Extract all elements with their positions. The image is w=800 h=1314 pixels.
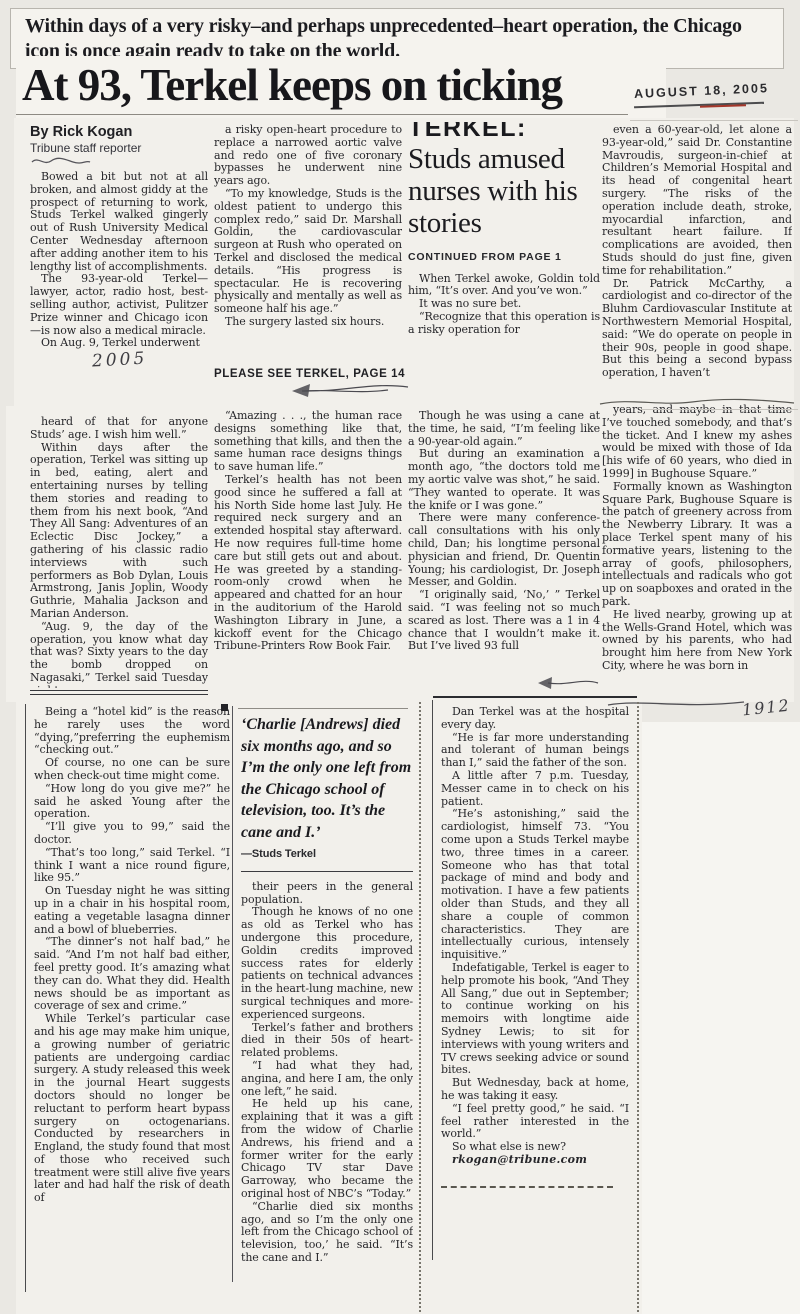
article-paragraph: “Charlie died six months ago, and so I’m… [241,1201,413,1265]
newspaper-clipping-scan: Within days of a very risky–and perhaps … [0,0,800,1314]
perforation-dots-left [419,702,421,1312]
author-email: rkogan@tribune.com [441,1154,629,1167]
handwritten-year-1912: 1912 [741,696,791,720]
scan-line-bottom [640,409,798,410]
handwritten-arrow-icon [268,380,410,402]
article-paragraph: a risky open-heart procedure to replace … [214,124,402,188]
article-paragraph: He lived nearby, growing up at the Wells… [602,609,792,673]
pullquote-top-edge [238,708,408,709]
jump-deck-headline: Studs amused nurses with his stories [408,143,600,239]
bottom-left-vertical-rule [25,704,26,1292]
pull-quote: ‘Charlie [Andrews] died six months ago, … [241,714,413,843]
article-column-mid-3: Though he was using a cane at the time, … [408,410,600,692]
article-paragraph: Dr. Patrick McCarthy, a cardiologist and… [602,278,792,380]
article-paragraph: The 93-year-old Terkel—lawyer, actor, ra… [30,273,208,337]
handwritten-year-2005: 2005 [92,349,148,372]
article-column-mid-1: heard of that for anyone Studs’ age. I w… [30,416,208,688]
article-paragraph: But during an examination a month ago, “… [408,448,600,512]
handwritten-arrow-small-icon [534,675,600,691]
continued-from-line: CONTINUED FROM PAGE 1 [408,251,600,264]
bottom-col2-text: their peers in the general population.Th… [241,881,413,1265]
article-paragraph: A little after 7 p.m. Tuesday, Messer ca… [441,770,629,808]
col1-col2-vertical-rule [232,706,233,1282]
article-paragraph: even a 60-year-old, let alone a 93-year-… [602,124,792,278]
main-headline: At 93, Terkel keeps on ticking [16,56,666,118]
jumpline: PLEASE SEE TERKEL, PAGE 14 [214,368,405,380]
article-column-bottom-1: Being a “hotel kid” is the reason he rar… [34,706,230,1266]
article-column-top-3: TERKEL: Studs amused nurses with his sto… [408,122,600,406]
jump-kicker: TERKEL: [408,122,600,135]
article-paragraph: “Recognize that this operation is a risk… [408,311,600,337]
article-paragraph: Bowed a bit but not at all broken, and a… [30,171,208,273]
article-paragraph: years, and maybe in that time I’ve touch… [602,404,792,481]
article-paragraph: When Terkel awoke, Goldin told him, “It’… [408,273,600,299]
col3-top-rule [433,696,637,698]
perforation-dots-right [637,702,639,1312]
article-paragraph: “I had what they had, angina, and here I… [241,1060,413,1098]
article-paragraph: “That’s too long,” said Terkel. “I think… [34,847,230,885]
article-column-mid-2: “Amazing . . ., the human race designs s… [214,410,402,700]
article-column-top-2: a risky open-heart procedure to replace … [214,124,402,362]
date-stamp-underline-red [700,104,746,108]
article-paragraph: While Terkel’s particular case and his a… [34,1013,230,1205]
article-paragraph: Of course, no one can be sure when check… [34,757,230,783]
article-paragraph: Dan Terkel was at the hospital every day… [441,706,629,732]
byline-flourish-icon [30,156,92,166]
article-column-mid-4: years, and maybe in that time I’ve touch… [602,404,792,702]
article-paragraph: There were many conference-call consulta… [408,512,600,589]
article-paragraph: Terkel’s health has not been good since … [214,474,402,653]
column-end-double-rule [30,690,208,695]
article-paragraph: On Aug. 9, Terkel underwent [30,337,208,350]
col2-col3-vertical-rule [432,700,433,1260]
article-column-top-4: even a 60-year-old, let alone a 93-year-… [602,124,792,404]
article-paragraph: “Amazing . . ., the human race designs s… [214,410,402,474]
article-paragraph: Being a “hotel kid” is the reason he rar… [34,706,230,757]
article-paragraph: “He’s astonishing,” said the cardiologis… [441,808,629,962]
pull-quote-divider [241,871,413,872]
article-column-bottom-3: Dan Terkel was at the hospital every day… [441,706,629,1184]
article-paragraph: their peers in the general population. [241,881,413,907]
column-end-dashed-rule [441,1186,613,1188]
blank-paper-corner [642,722,800,1314]
article-paragraph: Within days after the operation, Terkel … [30,442,208,621]
byline-role: Tribune staff reporter [30,141,141,155]
jump-column-text: When Terkel awoke, Goldin told him, “It’… [408,273,600,337]
article-paragraph: heard of that for anyone Studs’ age. I w… [30,416,208,442]
article-paragraph: Though he knows of no one as old as Terk… [241,906,413,1021]
article-paragraph: But Wednesday, back at home, he was taki… [441,1077,629,1103]
article-paragraph: “He is far more understanding and tolera… [441,732,629,770]
article-paragraph: “How long do you give me?” he said he as… [34,783,230,821]
headline-underline [16,114,628,115]
bottom-col3-text: Dan Terkel was at the hospital every day… [441,706,629,1154]
article-paragraph: “Aug. 9, the day of the operation, you k… [30,621,208,688]
article-paragraph: “The dinner’s not half bad,” he said. “A… [34,936,230,1013]
scan-line [630,120,798,121]
article-paragraph: Formally known as Washington Square Park… [602,481,792,609]
article-column-bottom-2: ‘Charlie [Andrews] died six months ago, … [241,714,413,1304]
article-paragraph: On Tuesday night he was sitting up in a … [34,885,230,936]
article-paragraph: Though he was using a cane at the time, … [408,410,600,448]
byline-author: By Rick Kogan [30,124,132,140]
article-paragraph: “To my knowledge, Studs is the oldest pa… [214,188,402,316]
article-paragraph: He held up his cane, explaining that it … [241,1098,413,1200]
pull-quote-attribution: —Studs Terkel [241,848,413,861]
article-paragraph: Indefatigable, Terkel is eager to help p… [441,962,629,1077]
article-paragraph: “I’ll give you to 99,” said the doctor. [34,821,230,847]
article-paragraph: “I feel pretty good,” he said. “I feel r… [441,1103,629,1141]
article-paragraph: So what else is new? [441,1141,629,1154]
article-paragraph: Terkel’s father and brothers died in the… [241,1022,413,1060]
article-paragraph: “I originally said, ‘No,’ ” Terkel said.… [408,589,600,653]
article-paragraph: The surgery lasted six hours. [214,316,402,329]
